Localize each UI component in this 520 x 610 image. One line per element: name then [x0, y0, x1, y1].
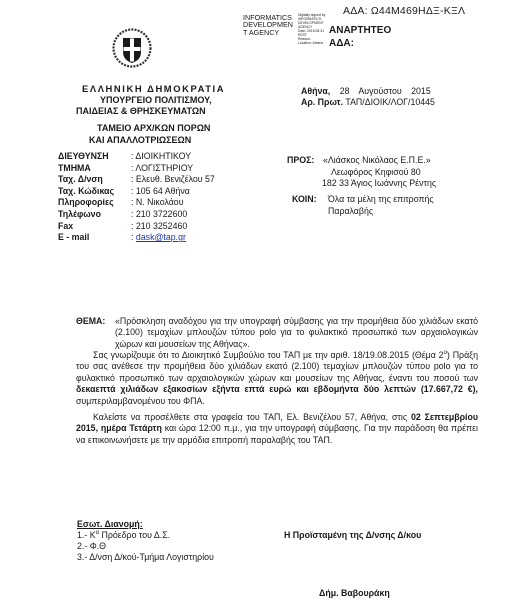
detail-value: : 210 3252460	[131, 221, 215, 233]
detail-value: : ΛΟΓΙΣΤΗΡΙΟΥ	[131, 163, 215, 175]
distribution-item: 3.- Δ/νση Δ/κού-Τμήμα Λογιστηρίου	[77, 552, 214, 562]
posting-label: ΑΝΑΡΤΗΤΕΟ	[329, 25, 391, 36]
text: Πρόεδρο του Δ.Σ.	[99, 530, 170, 540]
detail-key: Πληροφορίες	[58, 197, 131, 209]
detail-value: : ΔΙΟΙΚΗΤΙΚΟΥ	[131, 151, 215, 163]
ministry-line-2: ΠΑΙΔΕΙΑΣ & ΘΡΗΣΚΕΥΜΑΤΩΝ	[76, 106, 206, 116]
cc-line: Παραλαβής	[328, 206, 373, 216]
body-paragraph-2: Καλείστε να προσέλθετε στα γραφεία του Τ…	[76, 412, 478, 446]
detail-key: Ταχ. Κώδικας	[58, 186, 131, 198]
republic-heading: ΕΛΛΗΝΙΚΗ ΔΗΜΟΚΡΑΤΙΑ	[82, 83, 225, 94]
detail-row: E - mail: dask@tap.gr	[58, 232, 215, 244]
detail-key: Ταχ. Δ/νση	[58, 174, 131, 186]
distribution-item: 1.- Κα Πρόεδρο του Δ.Σ.	[77, 530, 170, 540]
protocol-label: Αρ. Πρωτ.	[301, 97, 343, 107]
detail-row: Τηλέφωνο: 210 3722600	[58, 209, 215, 221]
to-label: ΠΡΟΣ:	[287, 155, 314, 165]
recipient-line: 182 33 Άγιος Ιωάννης Ρέντης	[322, 178, 436, 188]
text: 1.- Κ	[77, 530, 96, 540]
detail-key: ΤΜΗΜΑ	[58, 163, 131, 175]
ada-code: ΑΔΑ: Ω44Μ469ΗΔΞ-ΚΞΛ	[343, 5, 465, 17]
document-date: 28 Αυγούστου 2015	[340, 86, 431, 96]
detail-value: : 105 64 Αθήνα	[131, 186, 215, 198]
recipient-line: Λεωφόρος Κηφισού 80	[331, 167, 421, 177]
greek-coat-of-arms-icon	[112, 28, 152, 68]
subject-label: ΘΕΜΑ:	[76, 316, 105, 326]
ada-label: ΑΔΑ:	[329, 38, 354, 49]
text: Καλείστε να προσέλθετε στα γραφεία του Τ…	[93, 412, 411, 422]
detail-row: Πληροφορίες: Ν. Νικολάου	[58, 197, 215, 209]
body-paragraph-1: Σας γνωρίζουμε ότι το Διοικητικό Συμβούλ…	[76, 350, 478, 407]
protocol-line: Αρ. Πρωτ. ΤΑΠ/ΔΙΟΙΚ/ΛΟΓ/10445	[301, 97, 435, 107]
recipient-line: «Λιάσκος Νικόλαος Ε.Π.Ε.»	[323, 155, 431, 165]
fund-line-1: ΤΑΜΕΙΟ ΑΡΧ/ΚΩΝ ΠΟΡΩΝ	[97, 123, 210, 133]
cc-line: Όλα τα μέλη της επιτροπής	[328, 194, 434, 204]
ministry-line-1: ΥΠΟΥΡΓΕΙΟ ΠΟΛΙΤΙΣΜΟΥ,	[100, 95, 212, 105]
subject-text: «Πρόσκληση αναδόχου για την υπογραφή σύμ…	[115, 316, 478, 350]
protocol-number: ΤΑΠ/ΔΙΟΙΚ/ΛΟΓ/10445	[345, 97, 435, 107]
date-line: Αθήνα, 28 Αυγούστου 2015	[301, 86, 431, 96]
signatory-title: Η Προϊσταμένη της Δ/νσης Δ/κου	[284, 530, 421, 540]
fund-line-2: ΚΑΙ ΑΠΑΛΛΟΤΡΙΩΣΕΩΝ	[89, 135, 191, 145]
detail-value: : 210 3722600	[131, 209, 215, 221]
email-link[interactable]: dask@tap.gr	[136, 232, 186, 242]
sender-details-table: ΔΙΕΥΘΥΝΣΗ: ΔΙΟΙΚΗΤΙΚΟΥ ΤΜΗΜΑ: ΛΟΓΙΣΤΗΡΙΟ…	[58, 151, 215, 244]
detail-row: ΤΜΗΜΑ: ΛΟΓΙΣΤΗΡΙΟΥ	[58, 163, 215, 175]
detail-row: Ταχ. Κώδικας: 105 64 Αθήνα	[58, 186, 215, 198]
detail-value: : Ελευθ. Βενιζέλου 57	[131, 174, 215, 186]
text: Σας γνωρίζουμε ότι το Διοικητικό Συμβούλ…	[93, 350, 444, 360]
signature-organization: INFORMATICS DEVELOPMEN T AGENCY	[243, 14, 299, 36]
detail-row: Fax: 210 3252460	[58, 221, 215, 233]
detail-key: ΔΙΕΥΘΥΝΣΗ	[58, 151, 131, 163]
detail-value: : dask@tap.gr	[131, 232, 215, 244]
detail-row: Ταχ. Δ/νση: Ελευθ. Βενιζέλου 57	[58, 174, 215, 186]
signatory-name: Δήμ. Βαβουράκη	[319, 588, 390, 598]
place-label: Αθήνα,	[301, 86, 330, 96]
amount-text: δεκαεπτά χιλιάδων εξακοσίων εξήντα επτά …	[76, 384, 478, 394]
detail-key: Τηλέφωνο	[58, 209, 131, 221]
detail-key: Fax	[58, 221, 131, 233]
distribution-item: 2.- Φ.Θ	[77, 541, 106, 551]
detail-row: ΔΙΕΥΘΥΝΣΗ: ΔΙΟΙΚΗΤΙΚΟΥ	[58, 151, 215, 163]
cc-label: ΚΟΙΝ:	[292, 194, 317, 204]
distribution-title: Εσωτ. Διανομή:	[77, 519, 143, 529]
text: συμπεριλαμβανομένου του ΦΠΑ.	[76, 396, 205, 406]
detail-value: : Ν. Νικολάου	[131, 197, 215, 209]
detail-key: E - mail	[58, 232, 131, 244]
